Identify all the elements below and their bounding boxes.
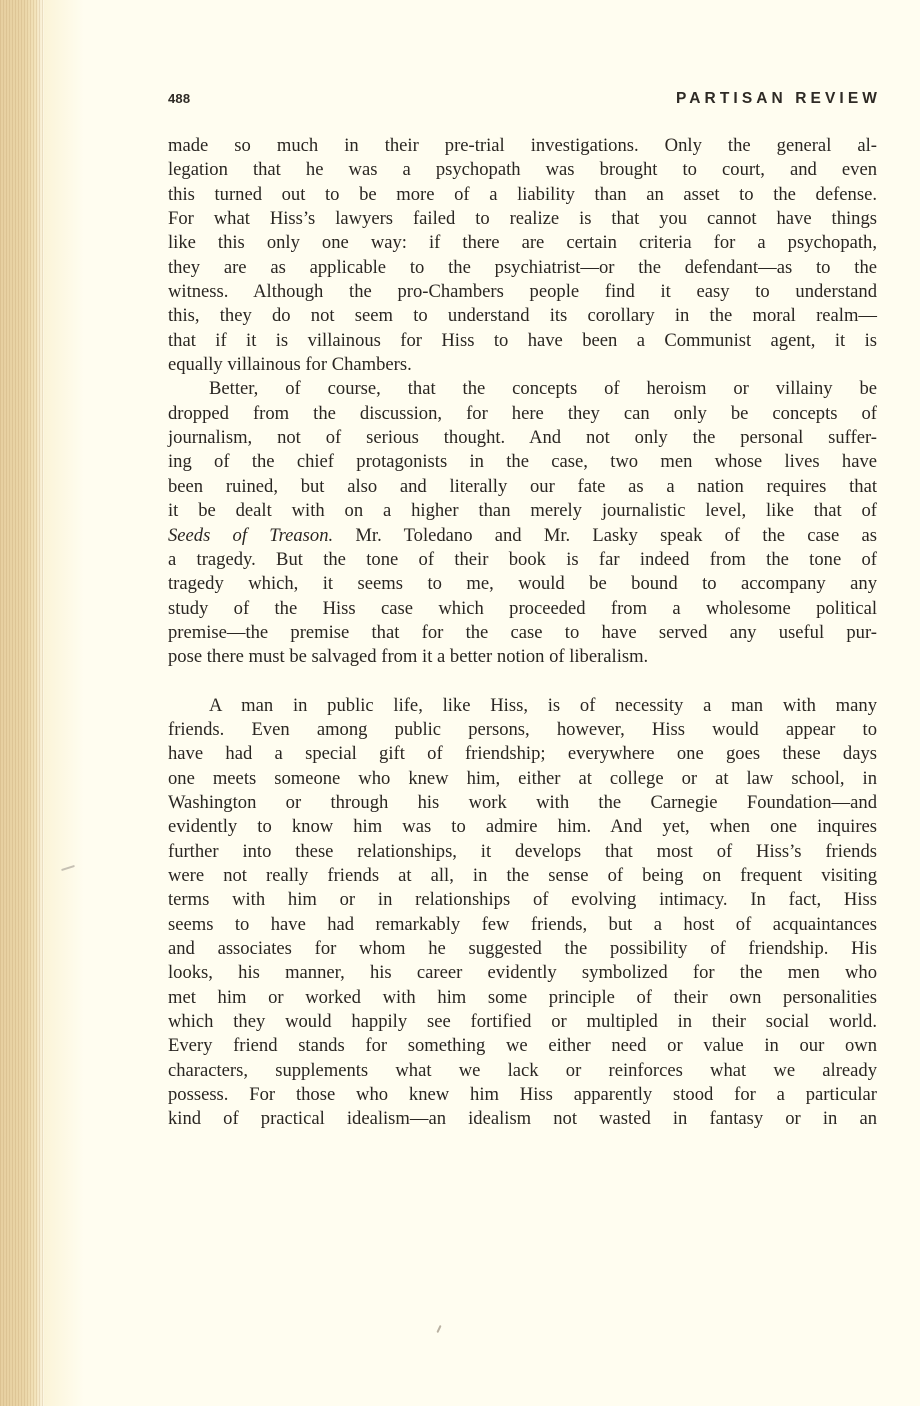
text-line: Better, of course, that the concepts of … xyxy=(168,377,877,401)
page-number: 488 xyxy=(168,91,190,106)
text-line: legation that he was a psychopath was br… xyxy=(168,158,877,182)
text-line: met him or worked with him some principl… xyxy=(168,986,877,1010)
text-line: one meets someone who knew him, either a… xyxy=(168,767,877,791)
text-line: terms with him or in relationships of ev… xyxy=(168,888,877,912)
text-line: friends. Even among public persons, howe… xyxy=(168,718,877,742)
text-line: possess. For those who knew him Hiss app… xyxy=(168,1083,877,1107)
text-line: pose there must be salvaged from it a be… xyxy=(168,645,877,669)
section-break xyxy=(168,670,877,694)
text-line: a tragedy. But the tone of their book is… xyxy=(168,548,877,572)
text-line: journalism, not of serious thought. And … xyxy=(168,426,877,450)
text-line: looks, his manner, his career evidently … xyxy=(168,961,877,985)
paragraph-2: Better, of course, that the concepts of … xyxy=(168,377,877,669)
text-line: have had a special gift of friendship; e… xyxy=(168,742,877,766)
text-line: this, they do not seem to understand its… xyxy=(168,304,877,328)
text-line: evidently to know him was to admire him.… xyxy=(168,815,877,839)
text-line: witness. Although the pro-Chambers peopl… xyxy=(168,280,877,304)
paragraph-1: made so much in their pre-trial investig… xyxy=(168,134,877,377)
text-line: dropped from the discussion, for here th… xyxy=(168,402,877,426)
running-head: 488 PARTISAN REVIEW xyxy=(168,90,877,112)
text-line: that if it is villainous for Hiss to hav… xyxy=(168,329,877,353)
article-body: made so much in their pre-trial investig… xyxy=(168,134,877,1132)
text-line: which they would happily see fortified o… xyxy=(168,1010,877,1034)
text-line: seems to have had remarkably few friends… xyxy=(168,913,877,937)
text-line: it be dealt with on a higher than merely… xyxy=(168,499,877,523)
text-line: they are as applicable to the psychiatri… xyxy=(168,256,877,280)
text-line: characters, supplements what we lack or … xyxy=(168,1059,877,1083)
text-line: premise—the premise that for the case to… xyxy=(168,621,877,645)
text-line: this turned out to be more of a liabilit… xyxy=(168,183,877,207)
text-line: and associates for whom he suggested the… xyxy=(168,937,877,961)
text-line: kind of practical idealism—an idealism n… xyxy=(168,1107,877,1131)
text-line: equally villainous for Chambers. xyxy=(168,353,877,377)
text-line: were not really friends at all, in the s… xyxy=(168,864,877,888)
text-line: like this only one way: if there are cer… xyxy=(168,231,877,255)
text-line: Every friend stands for something we eit… xyxy=(168,1034,877,1058)
text-line: tragedy which, it seems to me, would be … xyxy=(168,572,877,596)
text-line-with-title: Seeds of Treason. Mr. Toledano and Mr. L… xyxy=(168,524,877,548)
text-line: ing of the chief protagonists in the cas… xyxy=(168,450,877,474)
stray-pencil-mark xyxy=(436,1325,441,1333)
text-line: Washington or through his work with the … xyxy=(168,791,877,815)
text-line: A man in public life, like Hiss, is of n… xyxy=(168,694,877,718)
journal-title: PARTISAN REVIEW xyxy=(676,90,881,108)
text-run: Mr. Toledano and Mr. Lasky speak of the … xyxy=(333,525,877,546)
page-gutter-shade xyxy=(44,0,84,1406)
text-line: For what Hiss’s lawyers failed to realiz… xyxy=(168,207,877,231)
page-gutter-edge xyxy=(0,0,44,1406)
paragraph-3: A man in public life, like Hiss, is of n… xyxy=(168,694,877,1132)
book-title: Seeds of Treason. xyxy=(168,525,333,546)
text-line: made so much in their pre-trial investig… xyxy=(168,134,877,158)
text-line: study of the Hiss case which proceeded f… xyxy=(168,597,877,621)
text-line: further into these relationships, it dev… xyxy=(168,840,877,864)
text-line: been ruined, but also and literally our … xyxy=(168,475,877,499)
